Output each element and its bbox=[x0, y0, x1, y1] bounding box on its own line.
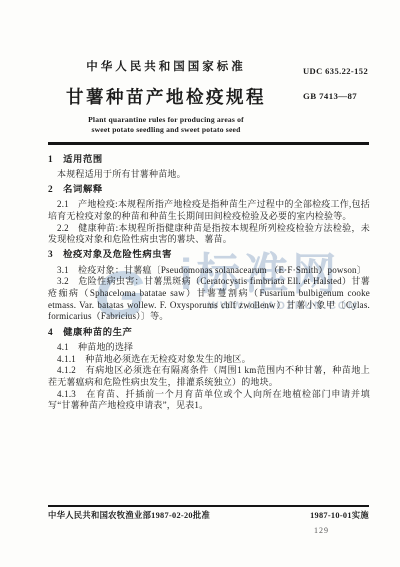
paragraph: 4.1.1 种苗地必须选在无检疫对象发生的地区。 bbox=[48, 354, 370, 366]
document-title: 甘薯种苗产地检疫规程 bbox=[0, 84, 332, 109]
paragraph: 4.1.2 有病地区必须选在有隔离条件（周围1 km范围内不种甘薯，种苗地上茬无… bbox=[48, 365, 370, 388]
paragraph: 2.2 健康种苗:本规程所指健康种苗是指按本规程所列检疫检验方法检验，未发现检疫… bbox=[48, 223, 370, 246]
footer-rule bbox=[48, 505, 369, 507]
implementation-date: 1987-10-01实施 bbox=[310, 509, 369, 521]
approval-note: 中华人民共和国农牧渔业部1987-02-20批准 bbox=[48, 509, 210, 521]
standard-number: GB 7413—87 bbox=[303, 91, 398, 101]
paragraph: 4.1 种苗地的选择 bbox=[48, 342, 370, 354]
paragraph: 3.2 危险性病虫害：甘薯黑斑病（Ceratocystis fimbriata … bbox=[48, 276, 370, 323]
national-standard-label: 中华人民共和国国家标准 bbox=[0, 58, 332, 74]
header-rule bbox=[48, 142, 369, 145]
standard-document-page: 中华人民共和国国家标准 甘薯种苗产地检疫规程 Plant quarantine … bbox=[0, 0, 400, 567]
section-heading: 3 检疫对象及危险性病虫害 bbox=[48, 250, 370, 262]
document-body: 1 适用范围 本规程适用于所有甘薯种苗地。 2 名词解释 2.1 产地检疫:本规… bbox=[48, 150, 370, 412]
document-subtitle-english: Plant quarantine rules for producing are… bbox=[0, 115, 332, 134]
section-heading: 4 健康种苗的生产 bbox=[48, 328, 370, 340]
subtitle-line-1: Plant quarantine rules for producing are… bbox=[0, 115, 332, 125]
paragraph: 2.1 产地检疫:本规程所指产地检疫是指种苗生产过程中的全部检疫工作,包括培育无… bbox=[48, 199, 370, 222]
subtitle-line-2: sweet potato seedling and sweet potato s… bbox=[0, 125, 332, 135]
header-codes: UDC 635.22-152 GB 7413—87 bbox=[303, 66, 398, 101]
paragraph: 3.1 检疫对象：甘薯瘟〔Pseudomonas solanacearum （E… bbox=[48, 265, 370, 277]
page-number: 129 bbox=[314, 526, 329, 535]
paragraph: 4.1.3 在育苗、扦插前一个月育苗单位或个人向所在地植检部门申请并填写“甘薯种… bbox=[48, 389, 370, 412]
section-heading: 2 名词解释 bbox=[48, 185, 370, 197]
paragraph: 本规程适用于所有甘薯种苗地。 bbox=[48, 169, 370, 181]
document-header: 中华人民共和国国家标准 甘薯种苗产地检疫规程 Plant quarantine … bbox=[0, 58, 332, 134]
document-footer: 中华人民共和国农牧渔业部1987-02-20批准 1987-10-01实施 bbox=[48, 509, 369, 521]
udc-number: UDC 635.22-152 bbox=[303, 66, 398, 76]
section-heading: 1 适用范围 bbox=[48, 155, 370, 167]
